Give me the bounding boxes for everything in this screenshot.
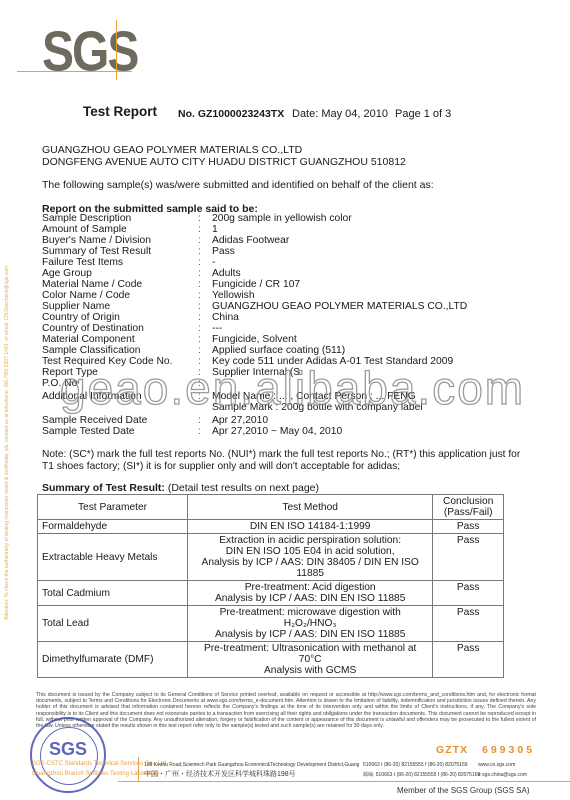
report-code: GZTX699305 [436, 744, 535, 756]
client-name: GUANGZHOU GEAO POLYMER MATERIALS CO.,LTD [42, 144, 406, 156]
sample-info-value: Yellowish [212, 290, 255, 301]
note-text: Note: (SC*) mark the full test reports N… [42, 449, 532, 473]
sample-info-label: Country of Destination [42, 323, 144, 334]
sample-info-value: Pass [212, 246, 235, 257]
results-table: Test Parameter Test Method Conclusion (P… [37, 494, 504, 678]
summary-heading: Summary of Test Result: [42, 482, 165, 494]
test-parameter: Extractable Heavy Metals [38, 534, 188, 581]
authenticity-side-note: Attention: To check the authenticity of … [4, 170, 10, 620]
sample-info-label: Material Component [42, 334, 135, 345]
footer-address-cn: 中国・广州・经济技术开发区科学城科珠路198号 [144, 770, 394, 780]
test-parameter: Total Cadmium [38, 581, 188, 606]
sample-info-value: Adults [212, 268, 241, 279]
sample-info-colon: : [198, 279, 201, 290]
footer-email-link[interactable]: e sgs.china@sgs.com [478, 770, 527, 780]
test-method-line: Analysis by ICP / AAS: DIN EN ISO 11885 [192, 593, 428, 604]
stamp-text: SGS [32, 739, 104, 760]
report-date: Date: May 04, 2010 [292, 107, 388, 121]
sample-info-label: Color Name / Code [42, 290, 130, 301]
results-row: Dimethylfumarate (DMF)Pre-treatment: Ult… [38, 642, 504, 678]
test-method-line: Pre-treatment: microwave digestion with … [192, 607, 428, 629]
sample-info-label: Sample Tested Date [42, 426, 135, 437]
test-parameter: Dimethylfumarate (DMF) [38, 642, 188, 678]
test-method-line: DIN EN ISO 14184-1:1999 [192, 521, 428, 532]
logo-accent-line [17, 71, 132, 72]
header-test-parameter: Test Parameter [38, 495, 188, 520]
results-row: Extractable Heavy MetalsExtraction in ac… [38, 534, 504, 581]
sample-info-label: Material Name / Code [42, 279, 142, 290]
sample-info-colon: : [198, 415, 201, 426]
test-conclusion: Pass [433, 581, 504, 606]
client-block: GUANGZHOU GEAO POLYMER MATERIALS CO.,LTD… [42, 144, 406, 168]
sample-info-value: Apr 27,2010 [212, 415, 268, 426]
header-conclusion-line2: (Pass/Fail) [437, 507, 499, 518]
report-code-prefix: GZTX [436, 744, 468, 756]
test-parameter: Formaldehyde [38, 520, 188, 534]
disclaimer-text: This document is issued by the Company s… [36, 692, 536, 729]
sample-info-colon: : [198, 257, 201, 268]
watermark: geao.en.alibaba.com [60, 368, 525, 408]
sample-info-colon: : [198, 334, 201, 345]
sample-info-colon: : [198, 246, 201, 257]
test-method: DIN EN ISO 14184-1:1999 [187, 520, 432, 534]
report-number: No. GZ1000023243TX [178, 107, 284, 121]
sample-info-label: Sample Classification [42, 345, 140, 356]
footer-contact-en: 510663 t (86-20) 82155555 f (86-20) 8207… [363, 760, 480, 770]
sample-info-colon: : [198, 312, 201, 323]
sample-info-value: --- [212, 323, 222, 334]
header-test-method: Test Method [187, 495, 432, 520]
sample-info-label: Country of Origin [42, 312, 120, 323]
test-method-line: Pre-treatment: Ultrasonication with meth… [192, 643, 428, 665]
footer-web: www.cn.sgs.com e sgs.china@sgs.com [478, 760, 527, 780]
summary-subtitle: (Detail test results on next page) [168, 482, 319, 494]
test-method: Pre-treatment: Ultrasonication with meth… [187, 642, 432, 678]
sample-info-value: China [212, 312, 239, 323]
sample-info-colon: : [198, 213, 201, 224]
report-code-number: 699305 [482, 744, 535, 756]
test-conclusion: Pass [433, 520, 504, 534]
results-row: Total CadmiumPre-treatment: Acid digesti… [38, 581, 504, 606]
footer-rule [118, 781, 570, 782]
sample-info-label: Summary of Test Result [42, 246, 151, 257]
sample-info-value: Applied surface coating (511) [212, 345, 345, 356]
results-row: Total LeadPre-treatment: microwave diges… [38, 606, 504, 642]
test-method-line: Extraction in acidic perspiration soluti… [192, 535, 428, 546]
test-method-line: Analysis by ICP / AAS: DIN EN ISO 11885 [192, 629, 428, 640]
intro-text: The following sample(s) was/were submitt… [42, 179, 434, 191]
test-method-line: Analysis by ICP / AAS: DIN 38405 / DIN E… [192, 557, 428, 579]
results-row: FormaldehydeDIN EN ISO 14184-1:1999Pass [38, 520, 504, 534]
sample-info-label: Age Group [42, 268, 92, 279]
footer-address-en: 198 Kezhu Road,Scientech Park Guangzhou … [144, 760, 359, 770]
test-method-line: Pre-treatment: Acid digestion [192, 582, 428, 593]
summary-title: Summary of Test Result: (Detail test res… [42, 482, 319, 494]
sample-info-label: Sample Description [42, 213, 131, 224]
sample-info-colon: : [198, 235, 201, 246]
sample-info-value: 1 [212, 224, 218, 235]
test-conclusion: Pass [433, 534, 504, 581]
sample-info-colon: : [198, 345, 201, 356]
sample-info-value: Fungicide / CR 107 [212, 279, 300, 290]
test-conclusion: Pass [433, 642, 504, 678]
header-conclusion-line1: Conclusion [437, 496, 499, 507]
logo-accent-line-vertical [116, 20, 117, 80]
sample-info-label: Sample Received Date [42, 415, 147, 426]
sgs-logo: SGS [42, 22, 122, 83]
sample-info-colon: : [198, 426, 201, 437]
sample-info-value: Fungicide, Solvent [212, 334, 297, 345]
header-conclusion: Conclusion (Pass/Fail) [433, 495, 504, 520]
sample-info-colon: : [198, 301, 201, 312]
sample-info-value: - [212, 257, 215, 268]
member-line: Member of the SGS Group (SGS SA) [397, 786, 530, 795]
sgs-stamp: SGS [30, 717, 106, 793]
sample-info-label: Failure Test Items [42, 257, 123, 268]
test-method-line: Analysis with GCMS [192, 665, 428, 676]
test-conclusion: Pass [433, 606, 504, 642]
sample-info-label: Amount of Sample [42, 224, 127, 235]
test-method: Pre-treatment: Acid digestionAnalysis by… [187, 581, 432, 606]
sample-info-colon: : [198, 268, 201, 279]
footer-contact-cn: 邮编: 510663 t (86-20) 82155555 f (86-20) … [363, 770, 480, 780]
footer-divider [138, 757, 139, 781]
footer-contact: 510663 t (86-20) 82155555 f (86-20) 8207… [363, 760, 480, 780]
test-parameter: Total Lead [38, 606, 188, 642]
sample-info-label: Buyer's Name / Division [42, 235, 151, 246]
client-address: DONGFENG AVENUE AUTO CITY HUADU DISTRICT… [42, 156, 406, 168]
footer-address: 198 Kezhu Road,Scientech Park Guangzhou … [144, 760, 394, 780]
sample-info-value: GUANGZHOU GEAO POLYMER MATERIALS CO.,LTD [212, 301, 467, 312]
sample-info-colon: : [198, 323, 201, 334]
sample-info-value: 200g sample in yellowish color [212, 213, 352, 224]
results-header-row: Test Parameter Test Method Conclusion (P… [38, 495, 504, 520]
sample-info-value: Apr 27,2010 ~ May 04, 2010 [212, 426, 342, 437]
test-method: Extraction in acidic perspiration soluti… [187, 534, 432, 581]
sample-info-colon: : [198, 290, 201, 301]
test-method: Pre-treatment: microwave digestion with … [187, 606, 432, 642]
footer-website-link[interactable]: www.cn.sgs.com [478, 760, 527, 770]
sample-info-label: Supplier Name [42, 301, 110, 312]
report-title: Test Report [83, 104, 157, 119]
sample-info-value: Adidas Footwear [212, 235, 289, 246]
page-indicator: Page 1 of 3 [395, 107, 451, 121]
sample-info-colon: : [198, 224, 201, 235]
test-method-line: DIN EN ISO 105 E04 in acid solution, [192, 546, 428, 557]
